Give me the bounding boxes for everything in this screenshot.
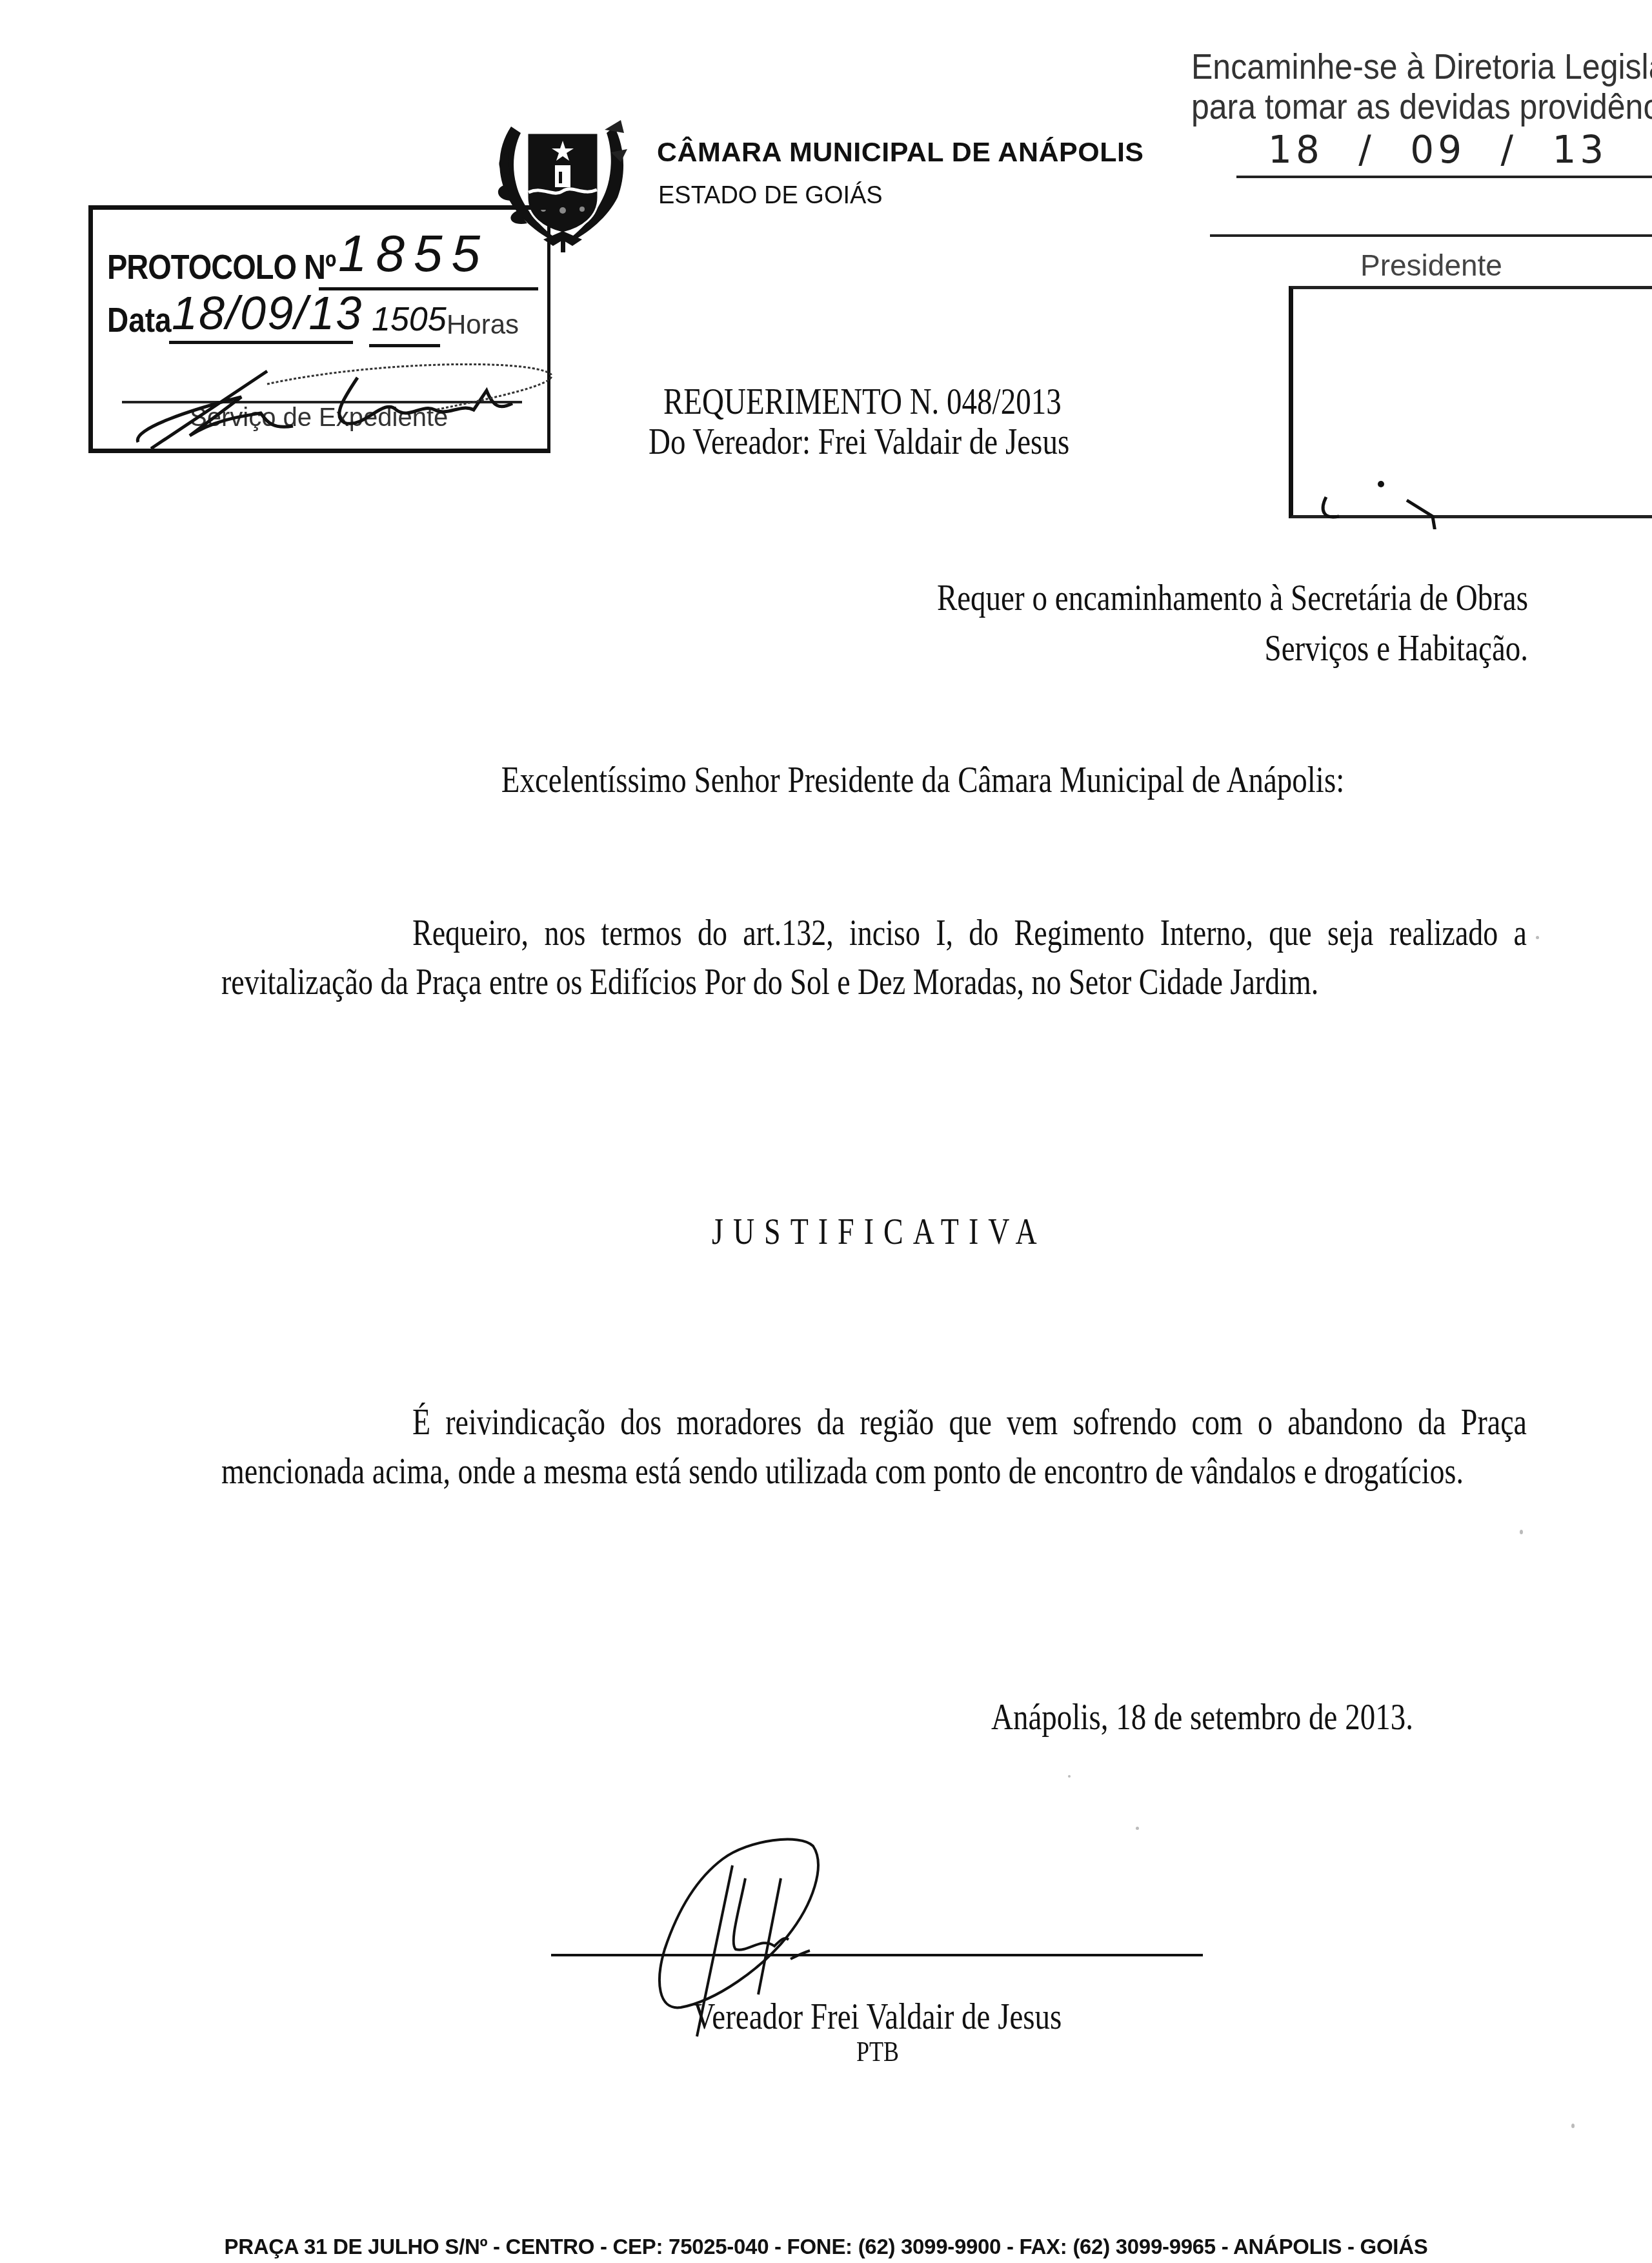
protocol-date-underline bbox=[169, 341, 353, 344]
signer-name: Vereador Frei Valdair de Jesus bbox=[555, 1996, 1200, 2038]
document-summary: Requer o encaminhamento à Secretária de … bbox=[839, 573, 1528, 674]
signature-line bbox=[551, 1954, 1203, 1956]
scan-speck bbox=[1536, 936, 1539, 939]
institution-name: CÂMARA MUNICIPAL DE ANÁPOLIS bbox=[657, 137, 1144, 168]
dispatch-date-month: 09 bbox=[1410, 128, 1466, 172]
president-mark-icon bbox=[1297, 452, 1555, 529]
summary-line-2: Serviços e Habitação. bbox=[839, 624, 1528, 674]
scan-speck bbox=[1136, 1827, 1139, 1830]
summary-line-1: Requer o encaminhamento à Secretária de … bbox=[839, 573, 1528, 624]
document-author: Do Vereador: Frei Valdair de Jesus bbox=[649, 421, 1069, 463]
footer-address: PRAÇA 31 DE JULHO S/Nº - CENTRO - CEP: 7… bbox=[0, 2235, 1652, 2259]
protocol-date: 18/09/13 bbox=[172, 287, 363, 340]
justification-heading: JUSTIFICATIVA bbox=[712, 1211, 1047, 1253]
protocol-number: 1855 bbox=[338, 224, 489, 283]
state-name: ESTADO DE GOIÁS bbox=[658, 182, 883, 210]
dispatch-stamp-line-1: Encaminhe-se à Diretoria Legislat bbox=[1191, 45, 1652, 87]
salutation: Excelentíssimo Senhor Presidente da Câma… bbox=[387, 759, 1458, 802]
justification-paragraph: É reivindicação dos moradores da região … bbox=[221, 1398, 1527, 1496]
protocol-signature-icon bbox=[112, 358, 558, 455]
request-paragraph: Requeiro, nos termos do art.132, inciso … bbox=[221, 909, 1527, 1006]
dispatch-date-underline bbox=[1236, 176, 1652, 178]
place-and-date: Anápolis, 18 de setembro de 2013. bbox=[991, 1696, 1413, 1739]
dispatch-date-year: 13 bbox=[1552, 128, 1607, 172]
protocol-label: PROTOCOLO Nº bbox=[107, 246, 336, 287]
scan-speck bbox=[1520, 1530, 1523, 1534]
dispatch-stamp-line-2: para tomar as devidas providênci bbox=[1191, 85, 1652, 127]
signer-party: PTB bbox=[555, 2035, 1200, 2068]
protocol-time-label: Horas bbox=[447, 309, 519, 340]
scan-speck bbox=[1571, 2124, 1575, 2128]
protocol-stamp: PROTOCOLO Nº 1855 Data 18/09/13 1505 Hor… bbox=[88, 205, 550, 453]
dispatch-date-day: 18 bbox=[1268, 128, 1324, 172]
president-label: Presidente bbox=[1360, 248, 1502, 283]
president-signature-line bbox=[1210, 234, 1652, 237]
protocol-time: 1505 bbox=[372, 300, 447, 339]
protocol-date-label: Data bbox=[107, 300, 172, 340]
dispatch-date: 18 / 09 / 13 bbox=[1268, 128, 1607, 172]
scan-speck bbox=[1068, 1775, 1071, 1778]
justification-text: É reivindicação dos moradores da região … bbox=[221, 1402, 1527, 1491]
request-text: Requeiro, nos termos do art.132, inciso … bbox=[221, 913, 1527, 1002]
document-number: REQUERIMENTO N. 048/2013 bbox=[663, 381, 1062, 423]
protocol-time-underline bbox=[369, 344, 440, 347]
